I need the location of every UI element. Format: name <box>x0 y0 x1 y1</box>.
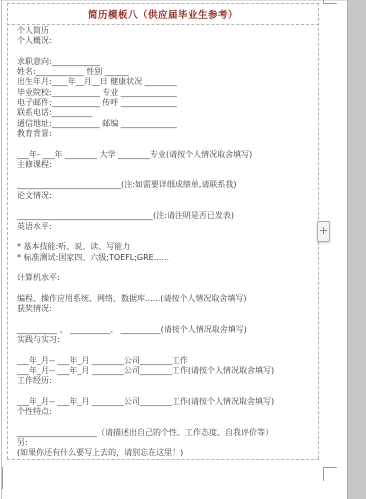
margin-crop-mark-top-right <box>323 3 337 4</box>
doc-line: 获奖情况: <box>17 304 319 314</box>
doc-line-blank <box>17 417 319 427</box>
doc-line: ___年_月-- ___年_月 ________公司________工作 <box>17 356 319 366</box>
doc-line: __________________________________(注:请注明… <box>17 211 319 221</box>
doc-line: 联系电话:__________ <box>17 108 319 118</box>
doc-line-blank <box>17 263 319 273</box>
doc-line: 工作经历: <box>17 376 319 386</box>
doc-line-heading: 个人简历 <box>17 26 319 36</box>
page-top-edge <box>0 0 347 1</box>
doc-line-blank <box>17 170 319 180</box>
doc-line-blank <box>17 232 319 242</box>
text-boundary-bottom <box>7 459 319 460</box>
margin-crop-mark-top-right <box>323 0 324 3</box>
document-page: 简历模板八（供应届毕业生参考） 个人简历 个人概况: 求职意向:________… <box>0 0 366 499</box>
doc-line-blank <box>17 139 319 149</box>
document-body: 个人简历 个人概况: 求职意向:____________ 姓名:________… <box>17 26 319 458</box>
margin-crop-mark-bottom-left <box>2 467 3 489</box>
insert-plus-button[interactable]: + <box>317 221 330 242</box>
doc-line: 姓名:____________ 性别 ______ <box>17 67 319 77</box>
doc-line: __________ 、 __________、 __________(请按个人… <box>17 325 319 335</box>
doc-line: 实践与实习: <box>17 335 319 345</box>
doc-line: 教育背景: <box>17 129 319 139</box>
doc-line: 电子邮件:____________ 传呼 ______________ <box>17 98 319 108</box>
doc-line: 通信地址:____________ 邮编 ______________ <box>17 119 319 129</box>
margin-crop-mark-bottom-right <box>323 467 337 468</box>
doc-line-blank <box>17 47 319 57</box>
doc-line: 求职意向:____________ <box>17 57 319 67</box>
doc-line: 个性特点: <box>17 407 319 417</box>
app-background-strip <box>347 0 366 499</box>
doc-line: __________________________(注:如需要详细成绩单,请联… <box>17 180 319 190</box>
doc-line-blank <box>17 201 319 211</box>
doc-line: 主修课程: <box>17 160 319 170</box>
doc-line: ___年- ___年 ________ 大学 ________专业(请按个人情况… <box>17 150 319 160</box>
doc-line: 计算机水平: <box>17 273 319 283</box>
text-boundary-left <box>7 3 8 459</box>
doc-line-blank <box>17 283 319 293</box>
text-boundary-title-bottom <box>7 24 319 25</box>
doc-line: 英语水平: <box>17 222 319 232</box>
text-boundary-top <box>7 3 319 4</box>
doc-line-bullet: * 基本技能:听、说、读、写能力 <box>17 242 319 252</box>
doc-line: 出生年月:____年__月__日 健康状况 ________ <box>17 77 319 87</box>
doc-line: ___年_月-- ___年_月 ________公司________工作(请按个… <box>17 366 319 376</box>
doc-line: 毕业院校:____________ 专业 ______________ <box>17 88 319 98</box>
document-title: 简历模板八（供应届毕业生参考） <box>7 7 319 21</box>
doc-line: ____________________（请描述出自己的个性、工作态度、自我评价… <box>17 428 319 438</box>
doc-line: 编程、操作应用系统、网络、数据库......(请按个人情况取舍填写) <box>17 294 319 304</box>
page-left-edge <box>1 0 2 499</box>
doc-line-blank <box>17 386 319 396</box>
doc-line-blank <box>17 314 319 324</box>
doc-line: (如果你还有什么要写上去的，请别忘在这里！) <box>17 448 319 458</box>
margin-crop-mark-bottom-right <box>323 467 324 481</box>
doc-line: 另: <box>17 438 319 448</box>
doc-line-blank <box>17 345 319 355</box>
doc-line: 个人概况: <box>17 36 319 46</box>
doc-line: 论文情况: <box>17 191 319 201</box>
doc-line-bullet: * 标准测试:国家四、六级;TOEFL;GRE...... <box>17 253 319 263</box>
doc-line: ___年_月-- ___年_月 ________公司________工作(请按个… <box>17 397 319 407</box>
